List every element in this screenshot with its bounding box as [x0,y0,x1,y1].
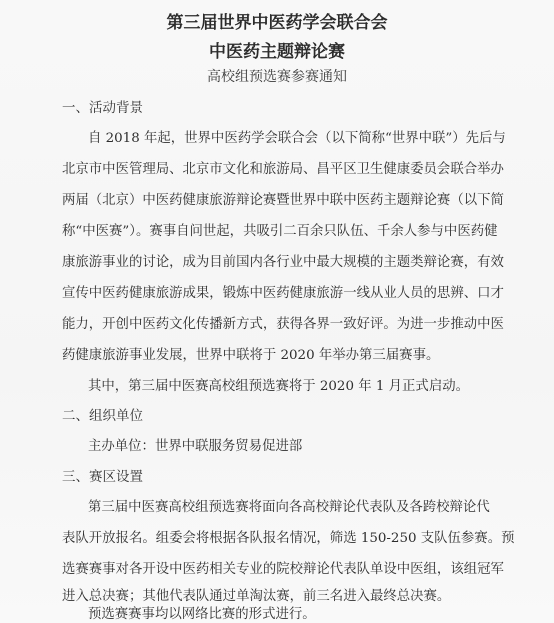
section-heading-divisions: 三、赛区设置 [62,465,143,485]
paragraph-line: 预选赛赛事均以网络比赛的形式进行。 [88,603,316,622]
paragraph-line: 选赛赛事对各开设中医药相关专业的院校辩论代表队单设中医组，该组冠军 [62,558,504,577]
document-subtitle: 高校组预选赛参赛通知 [0,66,554,86]
paragraph-line: 进入总决赛；其他代表队通过单淘汰赛，前三名进入最终总决赛。 [62,585,450,604]
paragraph-line: 主办单位：世界中联服务贸易促进部 [88,435,302,454]
document-title-line-1: 第三届世界中医药学会联合会 [0,8,554,33]
paragraph-line: 康旅游事业的讨论，成为目前国内各行业中最大规模的主题类辩论赛，有效 [62,251,504,270]
paragraph-line: 能力，开创中医药文化传播新方式，获得各界一致好评。为进一步推动中医 [62,313,504,332]
section-heading-background: 一、活动背景 [62,96,143,116]
paragraph-line: 药健康旅游事业发展，世界中联将于 2020 年举办第三届赛事。 [62,344,439,363]
paragraph-line: 自 2018 年起，世界中医药学会联合会（以下简称“世界中联”）先后与 [88,127,506,146]
document-page: 第三届世界中医药学会联合会 中医药主题辩论赛 高校组预选赛参赛通知 一、活动背景… [0,0,554,623]
paragraph-line: 表队开放报名。组委会将根据各队报名情况，筛选 150-250 支队伍参赛。预 [62,527,514,546]
document-title-line-2: 中医药主题辩论赛 [0,37,554,62]
paragraph-line: 称“中医赛”）。赛事自问世起，共吸引二百余只队伍、千余人参与中医药健 [62,220,498,239]
section-heading-organizer: 二、组织单位 [62,404,143,424]
paragraph-line: 两届（北京）中医药健康旅游辩论赛暨世界中联中医药主题辩论赛（以下简 [62,189,504,208]
paragraph-line: 北京市中医管理局、北京市文化和旅游局、昌平区卫生健康委员会联合举办 [62,158,504,177]
paragraph-line: 第三届中医赛高校组预选赛将面向各高校辩论代表队及各跨校辩论代 [88,496,490,515]
paragraph-line: 其中，第三届中医赛高校组预选赛将于 2020 年 1 月正式启动。 [88,375,469,394]
paragraph-line: 宣传中医药健康旅游成果，锻炼中医药健康旅游一线从业人员的思辨、口才 [62,282,504,301]
